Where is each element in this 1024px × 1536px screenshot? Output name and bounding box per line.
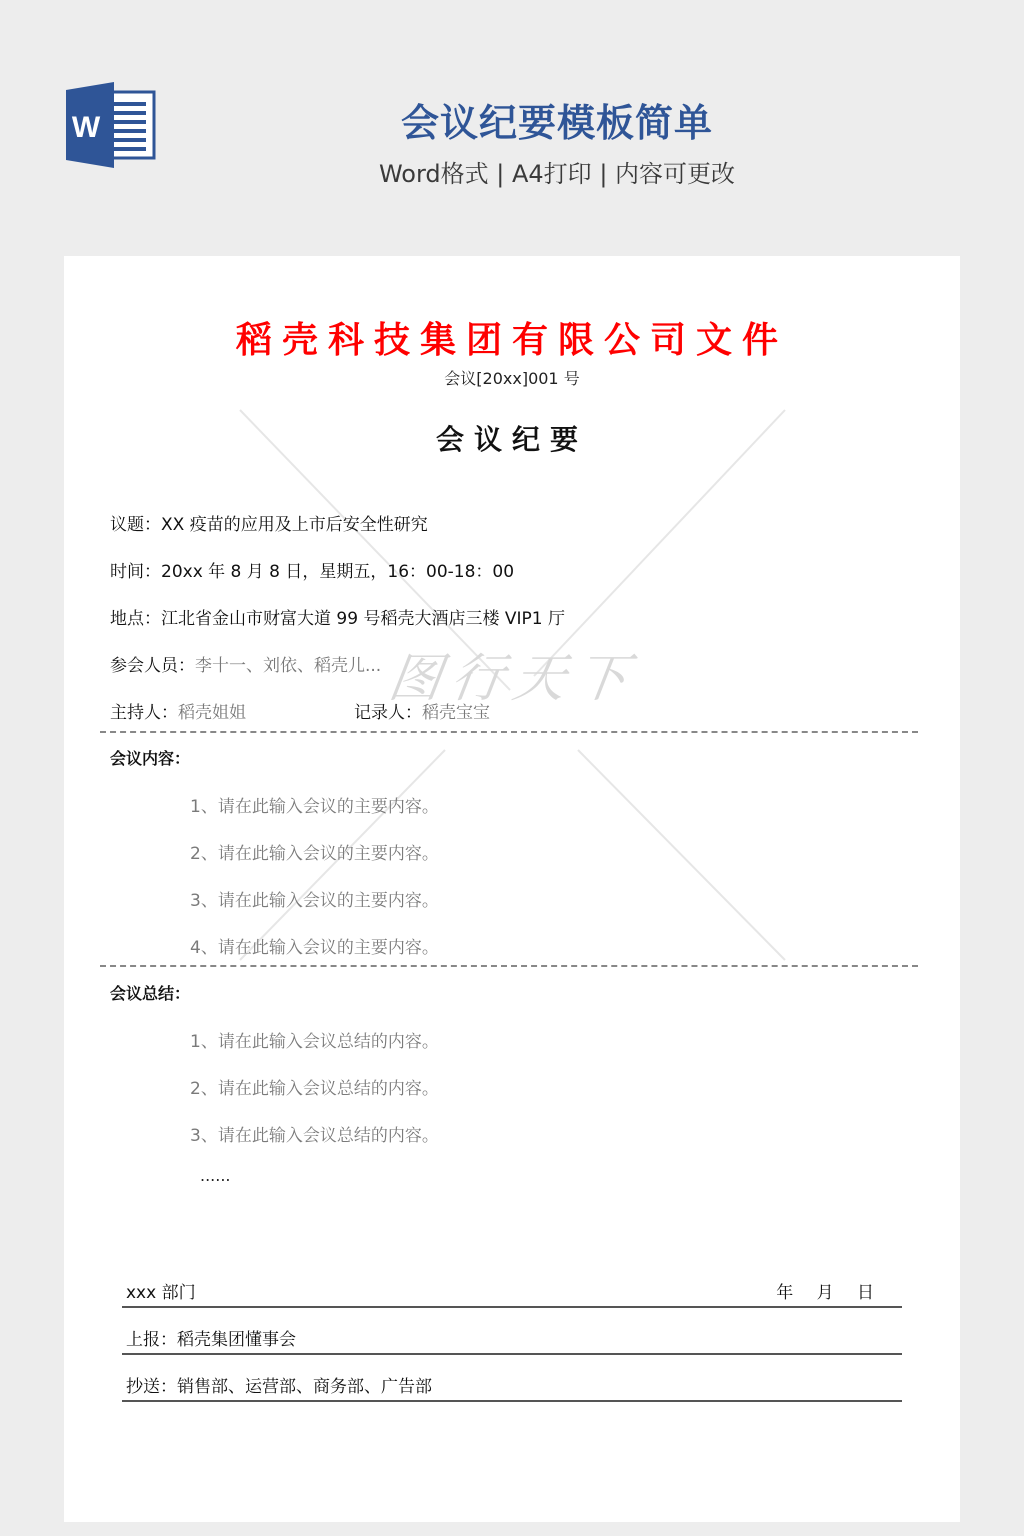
cc[interactable]: 抄送：销售部、运营部、商务部、广告部 <box>126 1372 432 1397</box>
banner-title: 会议纪要模板简单 <box>300 92 814 147</box>
department[interactable]: xxx 部门 <box>126 1278 196 1303</box>
date-field[interactable]: 年 月 日 <box>776 1278 874 1303</box>
footer-department-row: xxx 部门 年 月 日 <box>122 1262 902 1308</box>
topic-label: 议题： <box>110 515 161 535</box>
content-item[interactable]: 1、请在此输入会议的主要内容。 <box>190 792 439 817</box>
summary-item[interactable]: 3、请在此输入会议总结的内容。 <box>190 1121 439 1146</box>
topic-value[interactable]: XX 疫苗的应用及上市后安全性研究 <box>161 515 428 535</box>
banner-subtitle: Word格式 | A4打印 | 内容可更改 <box>300 154 814 189</box>
document-header: 稻壳科技集团有限公司文件 <box>64 312 960 363</box>
footer-cc-row: 抄送：销售部、运营部、商务部、广告部 <box>122 1356 902 1402</box>
document-title: 会议纪要 <box>64 418 960 458</box>
recorder: 记录人：稻壳宝宝 <box>354 698 490 723</box>
content-section-label: 会议内容： <box>110 746 190 769</box>
field-topic: 议题：XX 疫苗的应用及上市后安全性研究 <box>110 510 428 535</box>
summary-section-label: 会议总结： <box>110 981 190 1004</box>
field-time: 时间：20xx 年 8 月 8 日，星期五，16：00-18：00 <box>110 557 514 582</box>
svg-text:W: W <box>72 111 101 144</box>
dashed-divider <box>100 965 918 967</box>
summary-ellipsis: ...... <box>200 1166 231 1185</box>
banner: W 会议纪要模板简单 Word格式 | A4打印 | 内容可更改 <box>0 0 1024 256</box>
attendees-value[interactable]: 李十一、刘依、稻壳儿... <box>195 656 381 676</box>
host-label: 主持人： <box>110 703 178 723</box>
location-value[interactable]: 江北省金山市财富大道 99 号稻壳大酒店三楼 VIP1 厅 <box>161 609 565 629</box>
time-label: 时间： <box>110 562 161 582</box>
footer-report-row: 上报：稻壳集团懂事会 <box>122 1309 902 1355</box>
location-label: 地点： <box>110 609 161 629</box>
field-location: 地点：江北省金山市财富大道 99 号稻壳大酒店三楼 VIP1 厅 <box>110 604 565 629</box>
word-icon: W <box>64 80 156 170</box>
host-value[interactable]: 稻壳姐姐 <box>178 703 246 723</box>
time-value[interactable]: 20xx 年 8 月 8 日，星期五，16：00-18：00 <box>161 562 514 582</box>
document-number: 会议[20xx]001 号 <box>64 366 960 389</box>
content-item[interactable]: 3、请在此输入会议的主要内容。 <box>190 886 439 911</box>
field-attendees: 参会人员：李十一、刘依、稻壳儿... <box>110 651 381 676</box>
summary-item[interactable]: 2、请在此输入会议总结的内容。 <box>190 1074 439 1099</box>
report-to[interactable]: 上报：稻壳集团懂事会 <box>126 1325 296 1350</box>
dashed-divider <box>100 731 918 733</box>
document-page: 图行天下 稻壳科技集团有限公司文件 会议[20xx]001 号 会议纪要 议题：… <box>64 256 960 1522</box>
recorder-label: 记录人： <box>354 703 422 723</box>
field-host-recorder: 主持人：稻壳姐姐 记录人：稻壳宝宝 <box>110 698 810 723</box>
attendees-label: 参会人员： <box>110 656 195 676</box>
recorder-value[interactable]: 稻壳宝宝 <box>422 703 490 723</box>
summary-item[interactable]: 1、请在此输入会议总结的内容。 <box>190 1027 439 1052</box>
content-item[interactable]: 4、请在此输入会议的主要内容。 <box>190 933 439 958</box>
content-item[interactable]: 2、请在此输入会议的主要内容。 <box>190 839 439 864</box>
